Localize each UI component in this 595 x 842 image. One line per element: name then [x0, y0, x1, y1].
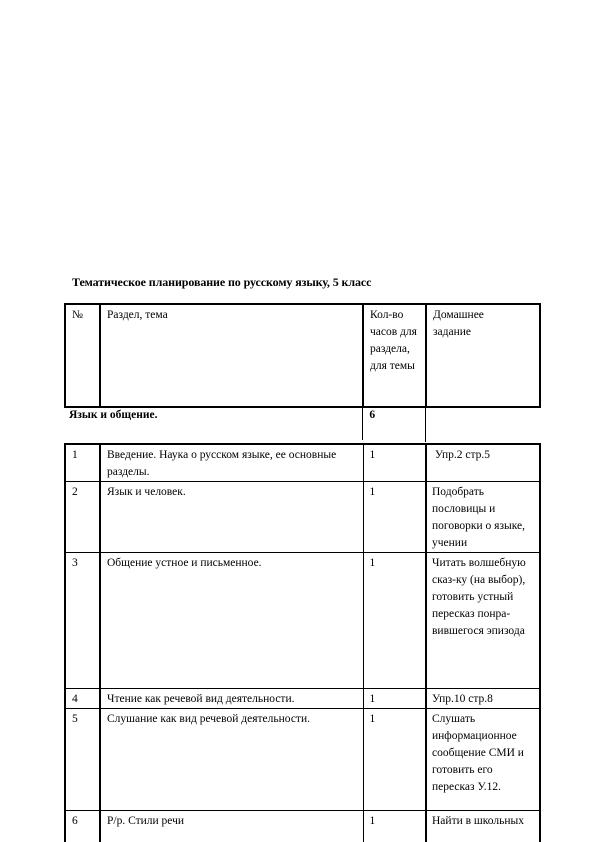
table-row: 6 Р/р. Стили речи 1 Найти в школьных	[65, 811, 540, 842]
row-topic: Язык и человек.	[100, 482, 363, 553]
document-title: Тематическое планирование по русскому яз…	[72, 275, 371, 290]
section-hours: 6	[363, 405, 426, 440]
row-num: 2	[65, 482, 100, 553]
table-header: № Раздел, тема Кол-во часов для раздела,…	[64, 303, 541, 408]
row-hours: 1	[363, 444, 426, 482]
row-hours: 1	[363, 689, 426, 709]
header-topic: Раздел, тема	[100, 304, 363, 407]
table-row: 4 Чтение как речевой вид деятельности. 1…	[65, 689, 540, 709]
section-title: Язык и общение.	[64, 405, 363, 440]
row-num: 5	[65, 709, 100, 811]
section-row: Язык и общение. 6	[64, 405, 426, 440]
table-row: 5 Слушание как вид речевой деятельности.…	[65, 709, 540, 811]
row-homework: Подобрать пословицы и поговорки о языке,…	[426, 482, 540, 553]
header-num: №	[65, 304, 100, 407]
row-homework: Упр.2 стр.5	[426, 444, 540, 482]
section-divider	[425, 405, 426, 442]
table-row: 1 Введение. Наука о русском языке, ее ос…	[65, 444, 540, 482]
header-homework: Домашнее задание	[426, 304, 540, 407]
row-num: 4	[65, 689, 100, 709]
row-hours: 1	[363, 709, 426, 811]
row-num: 1	[65, 444, 100, 482]
row-topic: Чтение как речевой вид деятельности.	[100, 689, 363, 709]
row-topic: Общение устное и письменное.	[100, 553, 363, 689]
table-row: 2 Язык и человек. 1 Подобрать пословицы …	[65, 482, 540, 553]
row-num: 6	[65, 811, 100, 842]
header-hours: Кол-во часов для раздела, для темы	[363, 304, 426, 407]
table-row: 3 Общение устное и письменное. 1 Читать …	[65, 553, 540, 689]
header-row: № Раздел, тема Кол-во часов для раздела,…	[65, 304, 540, 407]
row-hours: 1	[363, 482, 426, 553]
row-num: 3	[65, 553, 100, 689]
row-hours: 1	[363, 811, 426, 842]
section-row-table: Язык и общение. 6	[64, 405, 426, 440]
row-topic: Слушание как вид речевой деятельности.	[100, 709, 363, 811]
row-hours: 1	[363, 553, 426, 689]
table-body: 1 Введение. Наука о русском языке, ее ос…	[64, 443, 541, 842]
row-topic: Р/р. Стили речи	[100, 811, 363, 842]
row-topic: Введение. Наука о русском языке, ее осно…	[100, 444, 363, 482]
row-homework: Читать волшебную сказ-ку (на выбор), гот…	[426, 553, 540, 689]
row-homework: Упр.10 стр.8	[426, 689, 540, 709]
row-homework: Найти в школьных	[426, 811, 540, 842]
row-homework: Слушать информационное сообщение СМИ и г…	[426, 709, 540, 811]
